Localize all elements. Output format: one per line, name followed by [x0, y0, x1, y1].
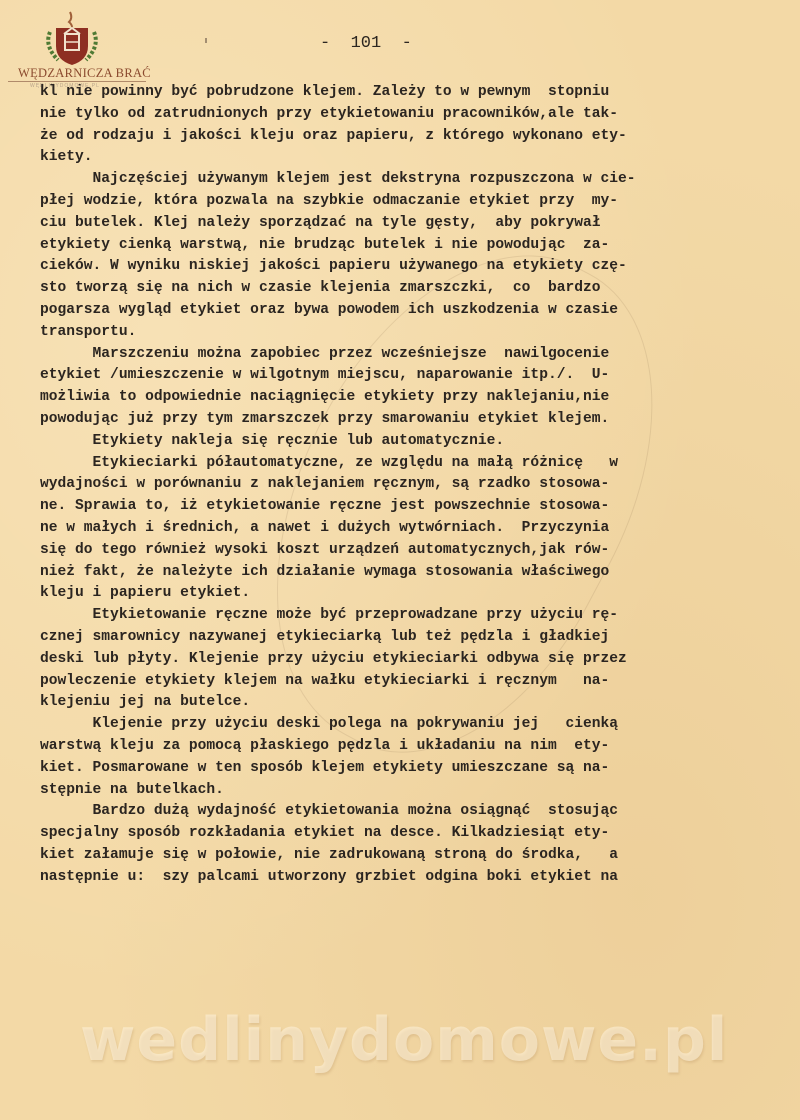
text-line: Etykietowanie ręczne może być przeprowad…	[40, 605, 760, 627]
text-line: Bardzo dużą wydajność etykietowania możn…	[40, 801, 760, 823]
text-line: ne. Sprawia to, iż etykietowanie ręczne …	[40, 496, 760, 518]
text-line: cznej smarownicy nazywanej etykieciarką …	[40, 627, 760, 649]
text-line: klejeniu jej na butelce.	[40, 692, 760, 714]
text-line: cieków. W wyniku niskiej jakości papieru…	[40, 256, 760, 278]
text-line: kiet. Posmarowane w ten sposób klejem et…	[40, 758, 760, 780]
text-line: specjalny sposób rozkładania etykiet na …	[40, 823, 760, 845]
text-line: powodując już przy tym zmarszczek przy s…	[40, 409, 760, 431]
text-line: etykiety cienką warstwą, nie brudząc but…	[40, 235, 760, 257]
text-line: ciu butelek. Klej należy sporządzać na t…	[40, 213, 760, 235]
text-line: się do tego również wysoki koszt urządze…	[40, 540, 760, 562]
text-line: kl nie powinny być pobrudzone klejem. Za…	[40, 82, 760, 104]
text-line: kleju i papieru etykiet.	[40, 583, 760, 605]
text-line: Etykieciarki półautomatyczne, ze względu…	[40, 453, 760, 475]
text-line: Klejenie przy użyciu deski polega na pok…	[40, 714, 760, 736]
text-line: transportu.	[40, 322, 760, 344]
text-line: Najczęściej używanym klejem jest dekstry…	[40, 169, 760, 191]
smokehouse-crest-icon	[40, 10, 104, 66]
text-line: Marszczeniu można zapobiec przez wcześni…	[40, 344, 760, 366]
text-line: wydajności w porównaniu z naklejaniem rę…	[40, 474, 760, 496]
text-line: powleczenie etykiety klejem na wałku ety…	[40, 671, 760, 693]
scan-speck	[205, 38, 207, 43]
text-line: nie tylko od zatrudnionych przy etykieto…	[40, 104, 760, 126]
text-line: nież fakt, że należyte ich działanie wym…	[40, 562, 760, 584]
site-watermark: wedlinydomowe.pl	[80, 1005, 720, 1075]
text-line: ne w małych i średnich, a nawet i dużych…	[40, 518, 760, 540]
text-line: płej wodzie, która pozwala na szybkie od…	[40, 191, 760, 213]
text-line: Etykiety nakleja się ręcznie lub automat…	[40, 431, 760, 453]
scanned-page: WĘDZARNICZA BRAĆ WĘDLINYDOMOWE.PL - 101 …	[0, 0, 800, 1120]
text-line: kiet załamuje się w połowie, nie zadruko…	[40, 845, 760, 867]
text-line: deski lub płyty. Klejenie przy użyciu et…	[40, 649, 760, 671]
text-line: stępnie na butelkach.	[40, 780, 760, 802]
page-number: - 101 -	[320, 34, 412, 53]
text-line: sto tworzą się na nich w czasie klejenia…	[40, 278, 760, 300]
text-line: pogarsza wygląd etykiet oraz bywa powode…	[40, 300, 760, 322]
text-line: następnie u: szy palcami utworzony grzbi…	[40, 867, 760, 889]
text-line: etykiet /umieszczenie w wilgotnym miejsc…	[40, 365, 760, 387]
brand-name: WĘDZARNICZA BRAĆ	[18, 66, 151, 81]
typewritten-body: kl nie powinny być pobrudzone klejem. Za…	[40, 82, 760, 888]
text-line: że od rodzaju i jakości kleju oraz papie…	[40, 126, 760, 148]
text-line: kiety.	[40, 147, 760, 169]
text-line: możliwia to odpowiednie naciągnięcie ety…	[40, 387, 760, 409]
text-line: warstwą kleju za pomocą płaskiego pędzla…	[40, 736, 760, 758]
